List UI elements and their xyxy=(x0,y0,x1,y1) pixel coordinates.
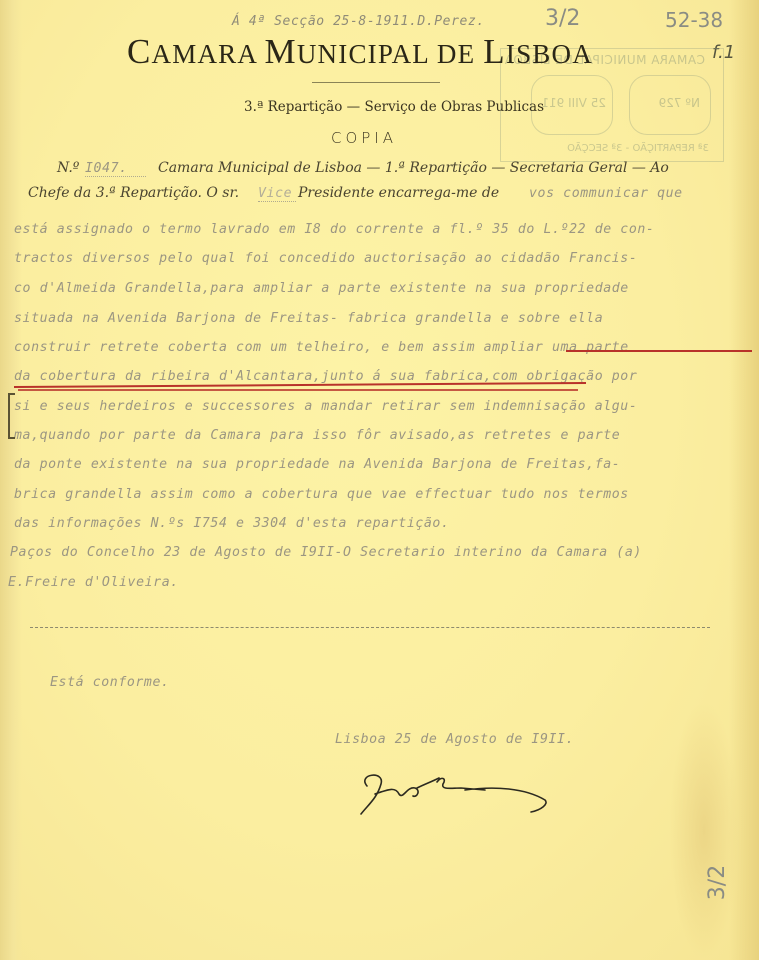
body-line-3: co d'Almeida Grandella,para ampliar a pa… xyxy=(14,281,629,296)
number-label: N.º xyxy=(57,160,79,176)
letter-header-line: Camara Municipal de Lisboa — 1.ª Reparti… xyxy=(158,160,669,176)
signatory-name: E.Freire d'Oliveira. xyxy=(8,575,179,590)
margin-bracket-mark xyxy=(8,393,15,439)
paper-edge-left xyxy=(0,0,22,960)
body-line-7: si e seus herdeiros e successores a mand… xyxy=(14,399,637,414)
certification-place-date: Lisboa 25 de Agosto de I9II. xyxy=(335,732,574,747)
closing-line: Paços do Concelho 23 de Agosto de I9II-O… xyxy=(10,545,642,560)
paper-stain xyxy=(669,700,739,960)
underline-annotation-3 xyxy=(18,389,578,391)
certification-text: Está conforme. xyxy=(50,675,170,690)
communicar-typed: vos communicar que xyxy=(529,186,683,201)
body-line-1: está assignado o termo lavrado em I8 do … xyxy=(14,222,654,237)
handwritten-signature xyxy=(355,768,565,828)
separator-dashed-line xyxy=(30,627,710,628)
underline-annotation-1 xyxy=(566,350,752,352)
section-routing-note: Á 4ª Secção 25-8-1911.D.Perez. xyxy=(232,14,485,29)
folio-number-note: 3/2 xyxy=(545,6,580,31)
presidente-printed: Presidente encarrega-me de xyxy=(298,185,499,201)
department-subheading: 3.ª Repartição — Serviço de Obras Public… xyxy=(244,99,544,115)
addressee-line: Chefe da 3.ª Repartição. O sr. xyxy=(28,185,239,201)
letter-number: I047. xyxy=(85,161,146,177)
body-line-10: brica grandella assim como a cobertura q… xyxy=(14,487,629,502)
folio-number-margin: 3/2 xyxy=(705,865,730,900)
body-line-11: das informações N.ºs I754 e 3304 d'esta … xyxy=(14,516,450,531)
stamp-number-box: Nº 729 xyxy=(629,75,711,135)
stamp-footer-text: 3ª REPARTIÇÃO - 3ª SECÇÃO xyxy=(567,143,709,154)
letterhead-title: CAMARA MUNICIPAL DE LISBOA xyxy=(127,32,593,72)
body-line-5: construir retrete coberta com um telheir… xyxy=(14,340,629,355)
archive-reference-note: 52-38 xyxy=(665,8,723,32)
body-line-9: da ponte existente na sua propriedade na… xyxy=(14,457,620,472)
body-line-4: situada na Avenida Barjona de Freitas- f… xyxy=(14,311,603,326)
body-line-2: tractos diversos pelo qual foi concedido… xyxy=(14,251,637,266)
vice-typed: Vice xyxy=(258,186,296,202)
letterhead-divider xyxy=(312,82,440,83)
copy-label: COPIA xyxy=(331,129,397,147)
body-line-8: ma,quando por parte da Camara para isso … xyxy=(14,428,620,443)
